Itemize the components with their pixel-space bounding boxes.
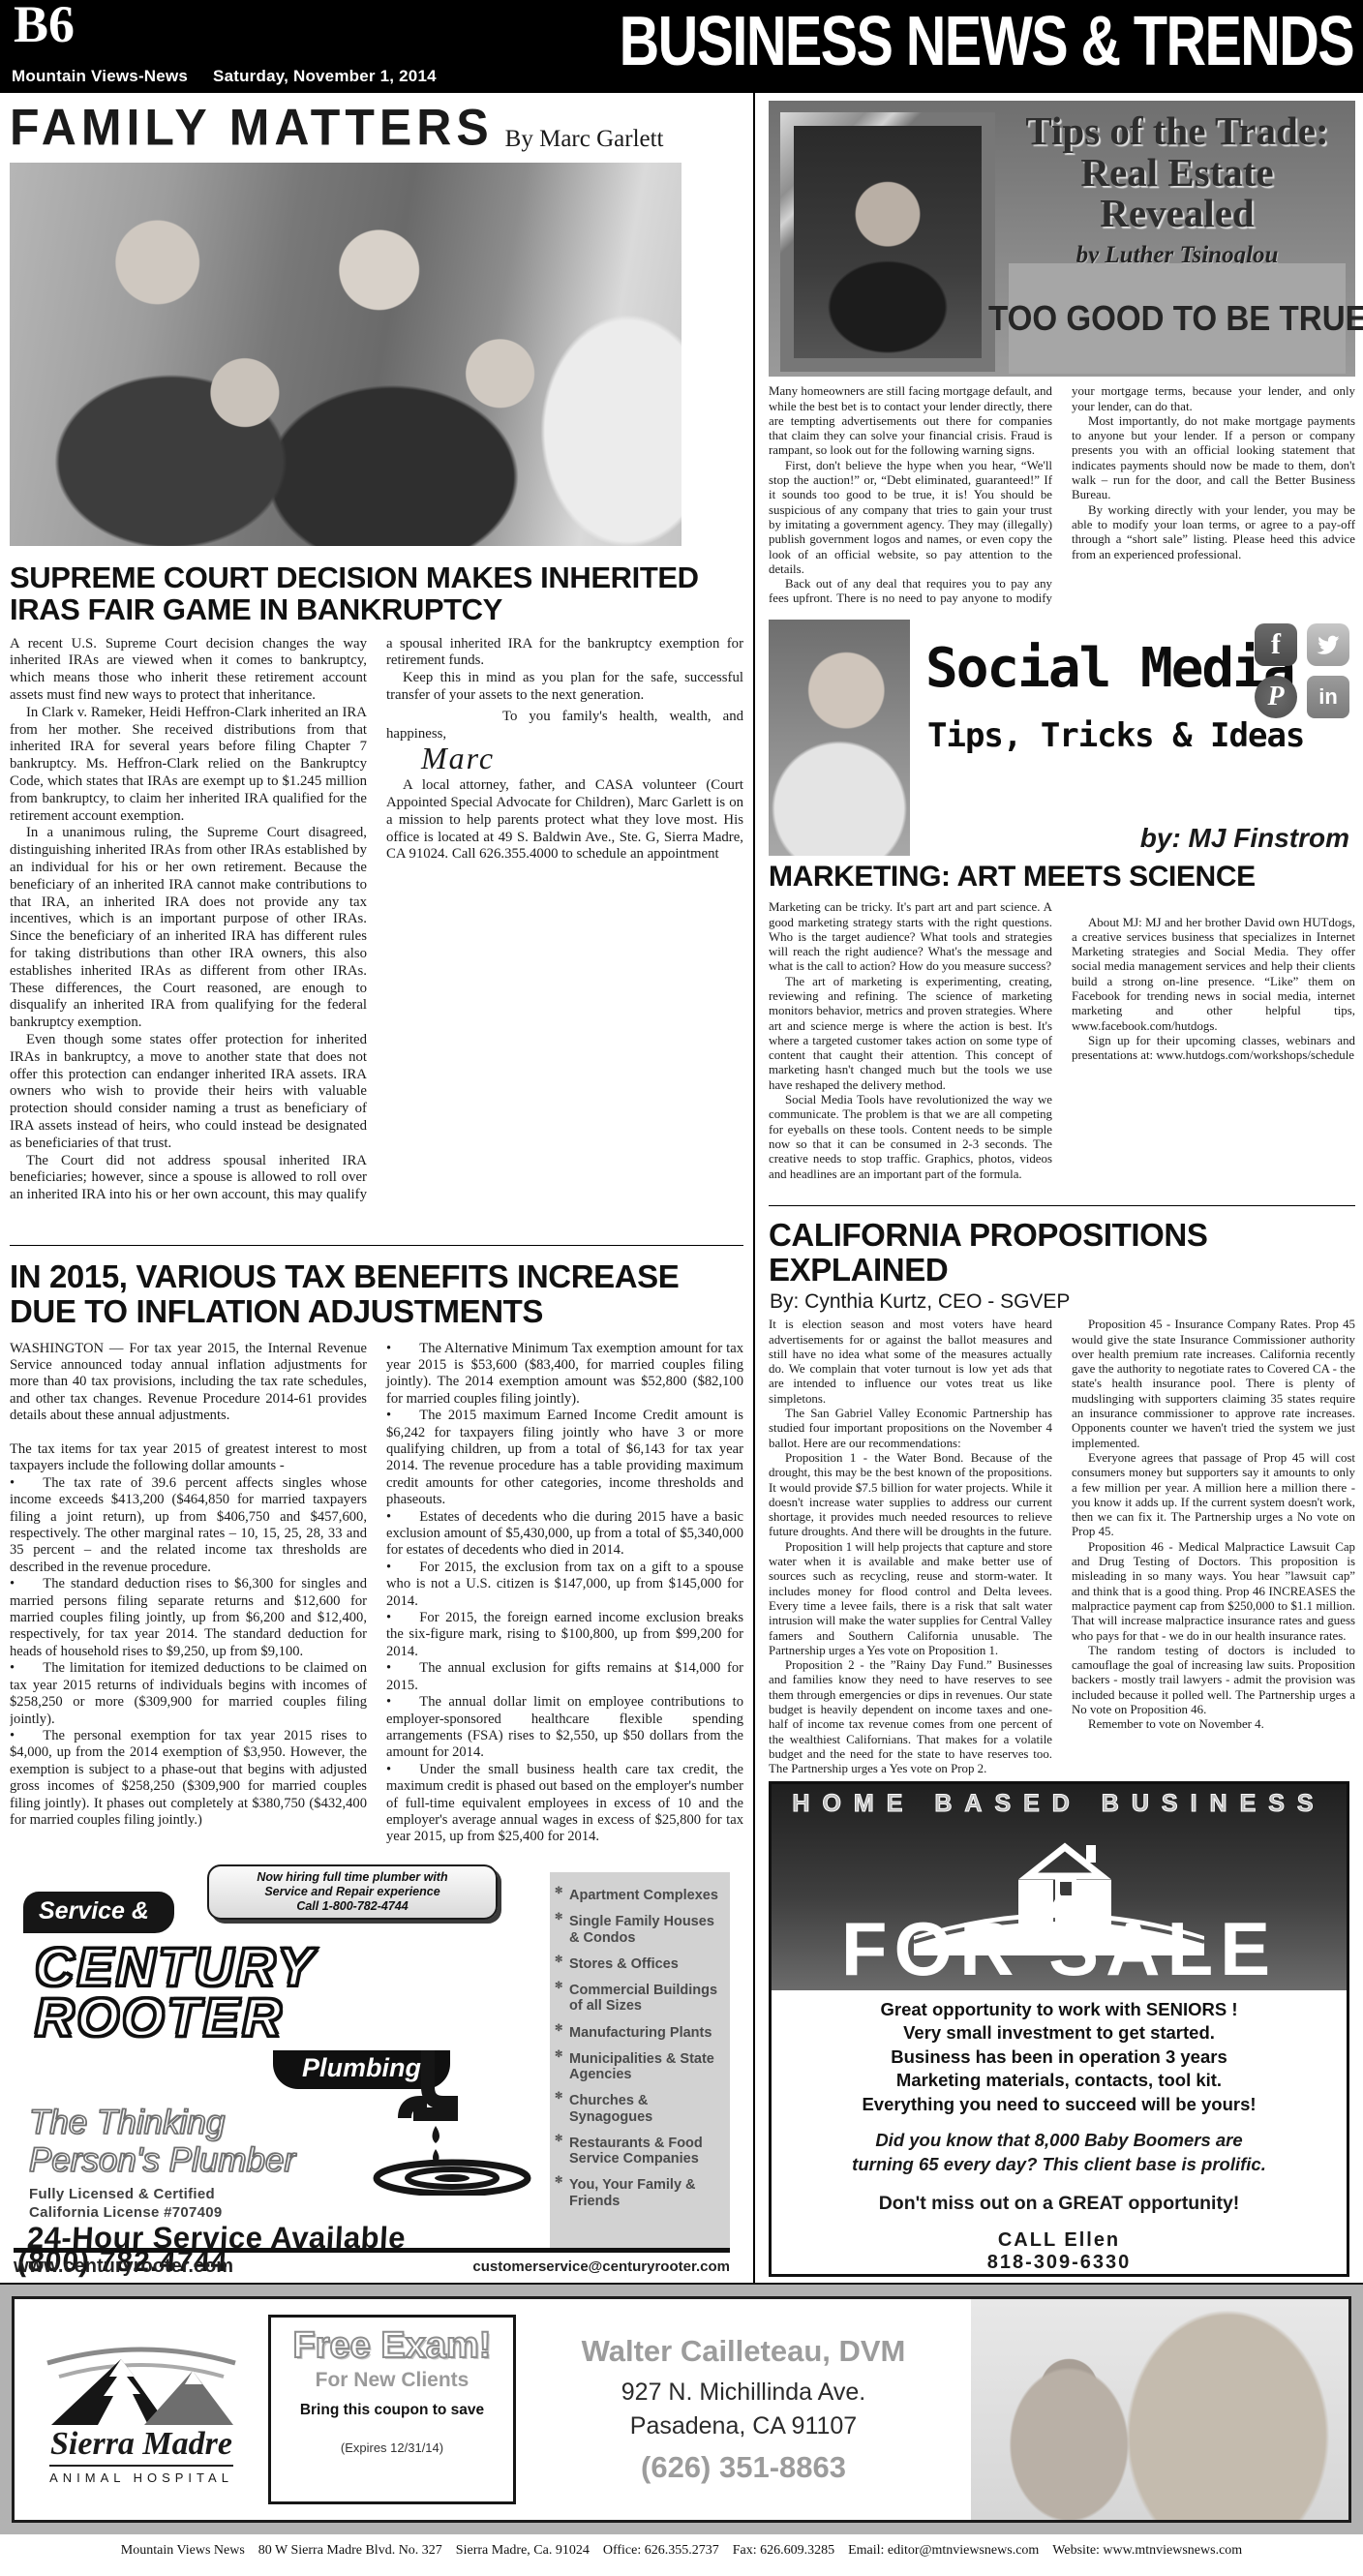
paragraph: The art of marketing is experimenting, c…	[769, 975, 1052, 1093]
marketing-headline: MARKETING: ART MEETS SCIENCE	[769, 862, 1355, 893]
paragraph: In Clark v. Rameker, Heidi Heffron-Clark…	[10, 705, 367, 826]
tips-of-the-trade-box: Tips of the Trade: Real Estate Revealed …	[769, 101, 1355, 377]
service-item: Stores & Offices	[565, 1956, 722, 1972]
paragraph: About MJ: MJ and her brother David own H…	[1072, 916, 1355, 1034]
vet-address-line1: 927 N. Michillinda Ave.	[516, 2379, 971, 2407]
paragraph: • The annual exclusion for gifts remains…	[386, 1660, 743, 1694]
service-item: Apartment Complexes	[565, 1888, 722, 1903]
twitter-icon	[1307, 623, 1349, 666]
forsale-line: Business has been in operation 3 years	[772, 2046, 1347, 2069]
paragraph: • The limitation for itemized deductions…	[10, 1660, 367, 1728]
forsale-title: FOR SALE	[772, 1911, 1347, 1986]
service-item: Single Family Houses & Condos	[565, 1914, 722, 1945]
forsale-body: Great opportunity to work with SENIORS !…	[772, 1990, 1347, 2274]
tips-banner: TOO GOOD TO BE TRUE	[1009, 263, 1346, 374]
hospital-name: Sierra Madre	[15, 2426, 268, 2463]
faucet-drip-icon	[370, 2050, 534, 2196]
family-matters-header: FAMILY MATTERS By Marc Garlett	[10, 97, 743, 157]
forsale-dark-panel: HOME BASED BUSINESS FOR SALE	[772, 1784, 1347, 1990]
paragraph: The random testing of doctors is include…	[1072, 1644, 1355, 1717]
paragraph: The tax items for tax year 2015 of great…	[10, 1441, 367, 1475]
paragraph: • Estates of decedents who die during 20…	[386, 1509, 743, 1560]
section-divider	[769, 1205, 1355, 1206]
section-divider	[10, 1245, 743, 1246]
paragraph: • The Alternative Minimum Tax exemption …	[386, 1341, 743, 1409]
mountains-icon	[40, 2334, 243, 2427]
social-media-title: Social Media	[925, 637, 1294, 700]
coupon-text: Bring this coupon to save	[271, 2402, 513, 2419]
paragraph: Many homeowners are still facing mortgag…	[769, 384, 1052, 458]
dog-and-cat-photo	[971, 2299, 1348, 2520]
section-title: BUSINESS NEWS & TRENDS	[620, 2, 1353, 81]
signature: Marc	[421, 750, 743, 768]
century-services-list: Apartment ComplexesSingle Family Houses …	[550, 1872, 730, 2248]
masthead: B6 Mountain Views-NewsSaturday, November…	[0, 0, 1363, 93]
paragraph: Even though some states offer protection…	[10, 1032, 367, 1153]
right-column: Tips of the Trade: Real Estate Revealed …	[753, 93, 1363, 2283]
forsale-line: Everything you need to succeed will be y…	[772, 2093, 1347, 2116]
service-item: Restaurants & Food Service Companies	[565, 2136, 722, 2167]
century-ad-footer: www.centuryrooter.com customerservice@ce…	[14, 2248, 730, 2277]
forsale-header: HOME BASED BUSINESS	[772, 1784, 1347, 1818]
paragraph: Most importantly, do not make mortgage p…	[1072, 414, 1355, 503]
animal-hospital-ad-strip: Sierra Madre ANIMAL HOSPITAL Free Exam! …	[0, 2283, 1363, 2534]
hiring-badge: Now hiring full time plumber withService…	[207, 1864, 498, 1920]
ira-article-body: A recent U.S. Supreme Court decision cha…	[10, 636, 743, 1236]
hospital-subname: ANIMAL HOSPITAL	[49, 2465, 233, 2485]
vet-name: Walter Cailleteau, DVM	[516, 2334, 971, 2369]
pinterest-icon: P	[1255, 676, 1297, 718]
coupon-title: Free Exam!	[271, 2325, 513, 2367]
paragraph: • The personal exemption for tax year 20…	[10, 1728, 367, 1829]
hiring-badge-line: Call 1-800-782-4744	[215, 1899, 490, 1914]
century-website: www.centuryrooter.com	[14, 2256, 233, 2278]
ira-article-headline: SUPREME COURT DECISION MAKES INHERITED I…	[10, 561, 716, 626]
paragraph: Marketing can be tricky. It's part art a…	[769, 900, 1052, 974]
paper-name: Mountain Views-News	[12, 67, 188, 85]
issue-date: Saturday, November 1, 2014	[213, 67, 437, 85]
paragraph: First, don't believe the hype when you h…	[769, 459, 1052, 577]
century-rooter-logo: CENTURY ROOTER	[35, 1942, 317, 2042]
page-footer: Mountain Views News 80 W Sierra Madre Bl…	[0, 2534, 1363, 2576]
paragraph: Proposition 1 - the Water Bond. Because …	[769, 1451, 1052, 1540]
paragraph: • Under the small business health care t…	[386, 1762, 743, 1846]
vet-address-line2: Pasadena, CA 91107	[516, 2412, 971, 2440]
forsale-italic-line: Did you know that 8,000 Baby Boomers are	[772, 2129, 1347, 2153]
social-media-header: Social Media Tips, Tricks & Ideas f P in…	[769, 612, 1355, 856]
forsale-cta: Don't miss out on a GREAT opportunity!	[772, 2193, 1347, 2215]
tax-article-body: WASHINGTON — For tax year 2015, the Inte…	[10, 1341, 743, 1862]
century-ad-main: Now hiring full time plumber withService…	[14, 1861, 540, 2277]
paragraph: • For 2015, the exclusion from tax on a …	[386, 1560, 743, 1610]
paragraph: In a unanimous ruling, the Supreme Court…	[10, 825, 367, 1032]
page-number: B6	[14, 0, 75, 54]
family-photo	[10, 163, 681, 546]
service-item: Churches & Synagogues	[565, 2093, 722, 2124]
forsale-call-name: CALL Ellen	[772, 2229, 1347, 2252]
paragraph: Social Media Tools have revolutionized t…	[769, 1093, 1052, 1182]
vet-phone: (626) 351-8863	[516, 2450, 971, 2485]
luther-portrait	[780, 112, 995, 372]
free-exam-coupon: Free Exam! For New Clients Bring this co…	[268, 2315, 516, 2504]
paragraph: Everyone agrees that passage of Prop 45 …	[1072, 1451, 1355, 1540]
paragraph: Sign up for their upcoming classes, webi…	[1072, 1034, 1355, 1064]
main-content: FAMILY MATTERS By Marc Garlett SUPREME C…	[0, 93, 1363, 2283]
propositions-byline: By: Cynthia Kurtz, CEO - SGVEP	[770, 1290, 1355, 1314]
paragraph: Proposition 1 will help projects that ca…	[769, 1540, 1052, 1658]
left-column: FAMILY MATTERS By Marc Garlett SUPREME C…	[0, 93, 753, 2283]
paragraph: • The annual dollar limit on employee co…	[386, 1694, 743, 1762]
forsale-line: Marketing materials, contacts, tool kit.	[772, 2069, 1347, 2092]
paragraph: By working directly with your lender, yo…	[1072, 503, 1355, 562]
paragraph: Keep this in mind as you plan for the sa…	[386, 670, 743, 705]
service-and-label: Service &	[23, 1892, 174, 1933]
century-email: customerservice@centuryrooter.com	[472, 2258, 730, 2275]
forsale-italic-line: turning 65 every day? This client base i…	[772, 2153, 1347, 2177]
paragraph: Proposition 45 - Insurance Company Rates…	[1072, 1318, 1355, 1451]
sierra-madre-logo: Sierra Madre ANIMAL HOSPITAL	[15, 2332, 268, 2487]
linkedin-icon: in	[1307, 676, 1349, 718]
propositions-headline: CALIFORNIA PROPOSITIONS EXPLAINED	[769, 1218, 1355, 1287]
family-matters-byline: By Marc Garlett	[505, 126, 664, 157]
tax-article-headline: IN 2015, VARIOUS TAX BENEFITS INCREASE D…	[10, 1259, 736, 1328]
tips-article-body: Many homeowners are still facing mortgag…	[769, 384, 1355, 611]
tips-banner-text: TOO GOOD TO BE TRUE	[988, 298, 1363, 339]
facebook-icon: f	[1255, 623, 1297, 666]
newspaper-page: B6 Mountain Views-NewsSaturday, November…	[0, 0, 1363, 2576]
social-media-byline: by: MJ Finstrom	[1140, 823, 1349, 854]
coupon-expiration: (Expires 12/31/14)	[271, 2440, 513, 2455]
family-matters-title: FAMILY MATTERS	[10, 97, 494, 156]
closing-line: To you family's health, wealth, and happ…	[386, 709, 743, 743]
paragraph: • The tax rate of 39.6 percent affects s…	[10, 1475, 367, 1576]
license-info: Fully Licensed & Certified California Li…	[29, 2186, 223, 2223]
hiring-badge-line: Service and Repair experience	[215, 1885, 490, 1899]
paragraph: It is election season and most voters ha…	[769, 1318, 1052, 1407]
service-item: Manufacturing Plants	[565, 2025, 722, 2041]
paragraph: • For 2015, the foreign earned income ex…	[386, 1610, 743, 1660]
vet-contact-info: Walter Cailleteau, DVM 927 N. Michillind…	[516, 2334, 971, 2485]
author-bio: A local attorney, father, and CASA volun…	[386, 777, 743, 864]
paragraph: A recent U.S. Supreme Court decision cha…	[10, 636, 367, 705]
paragraph: Proposition 46 - Medical Malpractice Law…	[1072, 1540, 1355, 1644]
mj-finstrom-photo	[769, 620, 910, 856]
masthead-subline: Mountain Views-NewsSaturday, November 1,…	[12, 67, 437, 86]
service-item: Commercial Buildings of all Sizes	[565, 1983, 722, 2014]
forsale-line: Great opportunity to work with SENIORS !	[772, 1998, 1347, 2021]
service-item: Municipalities & State Agencies	[565, 2051, 722, 2082]
paragraph: The San Gabriel Valley Economic Partners…	[769, 1407, 1052, 1451]
animal-hospital-ad: Sierra Madre ANIMAL HOSPITAL Free Exam! …	[12, 2296, 1351, 2523]
service-item: You, Your Family & Friends	[565, 2177, 722, 2208]
home-based-business-ad: HOME BASED BUSINESS FOR SALE	[769, 1781, 1349, 2277]
tips-title-line1: Tips of the Trade:	[1009, 110, 1346, 152]
hiring-badge-line: Now hiring full time plumber with	[215, 1870, 490, 1885]
forsale-line: Very small investment to get started.	[772, 2021, 1347, 2045]
paragraph: • The standard deduction rises to $6,300…	[10, 1576, 367, 1660]
tips-title-block: Tips of the Trade: Real Estate Revealed …	[1009, 110, 1346, 269]
forsale-phone: 818-309-6330	[772, 2252, 1347, 2274]
paragraph: WASHINGTON — For tax year 2015, the Inte…	[10, 1341, 367, 1425]
social-media-subtitle: Tips, Tricks & Ideas	[927, 716, 1304, 755]
coupon-subtitle: For New Clients	[271, 2369, 513, 2392]
paragraph	[10, 1425, 367, 1441]
marketing-article-body: Marketing can be tricky. It's part art a…	[769, 900, 1355, 1196]
paragraph: Proposition 2 - the ”Rainy Day Fund.” Bu…	[769, 1658, 1052, 1776]
century-tagline: The Thinking Person's Plumber	[29, 2105, 295, 2179]
social-icons: f P in	[1255, 623, 1351, 718]
paragraph: • The 2015 maximum Earned Income Credit …	[386, 1408, 743, 1508]
paragraph: Remember to vote on November 4.	[1072, 1717, 1355, 1732]
paragraph	[1072, 900, 1355, 915]
tips-title-line2: Real Estate Revealed	[1009, 152, 1346, 234]
propositions-article-body: It is election season and most voters ha…	[769, 1318, 1355, 1781]
century-rooter-ad: Now hiring full time plumber withService…	[14, 1861, 730, 2277]
